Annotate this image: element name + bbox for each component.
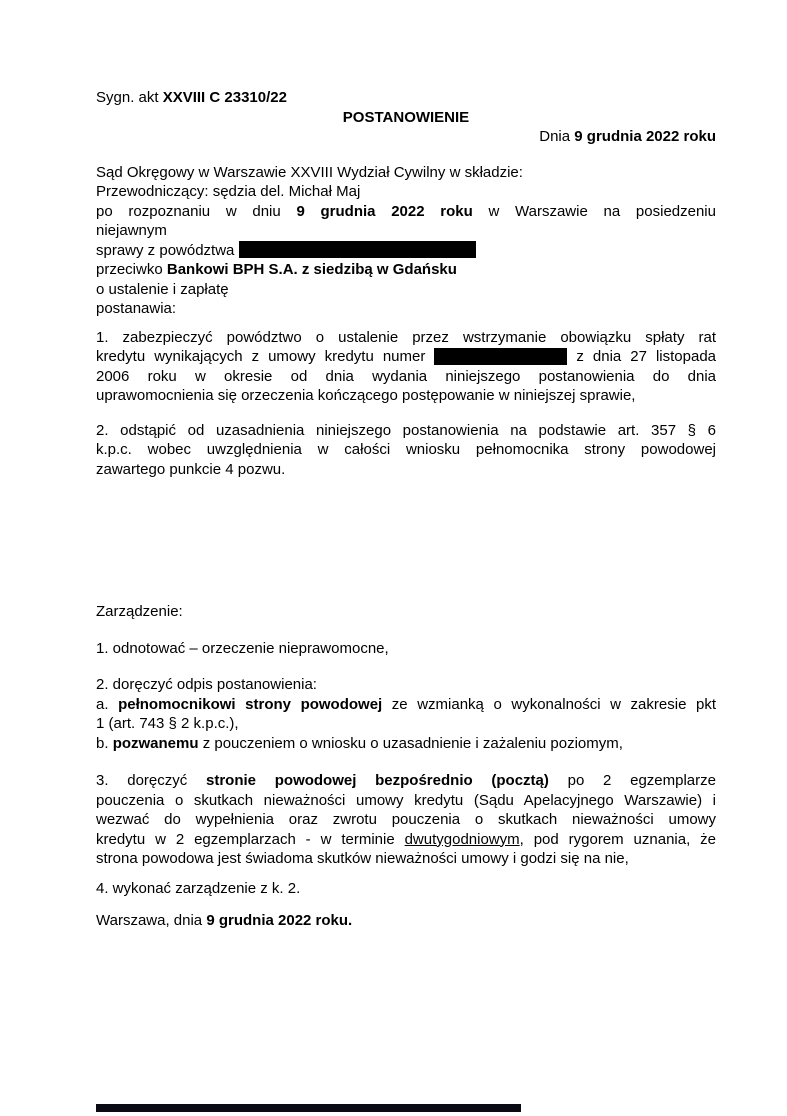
document-page: Sygn. akt XXVIII C 23310/22 POSTANOWIENI…	[0, 0, 787, 1116]
case-number-label: Sygn. akt	[96, 89, 163, 106]
hearing-wrap-line: niejawnym	[96, 221, 716, 241]
order-item-3-marker: 3. doręczyć	[96, 772, 206, 789]
order-item-3-text-4c: , pod rygorem uznania, że	[520, 831, 716, 848]
order-item-3-recipient: stronie powodowej bezpośrednio (pocztą)	[206, 772, 549, 789]
date-line: Dnia 9 grudnia 2022 roku	[96, 127, 716, 147]
document-title: POSTANOWIENIE	[96, 108, 716, 128]
place-date-line: Warszawa, dnia 9 grudnia 2022 roku.	[96, 911, 716, 931]
hearing-line: po rozpoznaniu w dniu 9 grudnia 2022 rok…	[96, 202, 716, 222]
plaintiff-line: sprawy z powództwa	[96, 241, 716, 261]
underlined-deadline: dwutygodniowym	[405, 831, 520, 848]
case-number-line: Sygn. akt XXVIII C 23310/22	[96, 88, 716, 108]
order-item-3-line-2: pouczenia o skutkach nieważności umowy k…	[96, 791, 716, 811]
place-date-label: Warszawa, dnia	[96, 912, 206, 929]
decision-intro-line: postanawia:	[96, 299, 716, 319]
date-label: Dnia	[539, 128, 574, 145]
date-value: 9 grudnia 2022 roku	[574, 128, 716, 145]
presiding-judge-line: Przewodniczący: sędzia del. Michał Maj	[96, 182, 716, 202]
place-date-value: 9 grudnia 2022 roku.	[206, 912, 352, 929]
order-item-3-text-4a: kredytu w 2 egzemplarzach - w terminie	[96, 831, 405, 848]
order-item-2b-text: z pouczeniem o wniosku o uzasadnienie i …	[199, 735, 623, 752]
contract-number-redaction-bar	[434, 348, 567, 365]
ruling-point-2-line-1: 2. odstąpić od uzasadnienia niniejszego …	[96, 421, 716, 441]
contract-date-text: z dnia 27 listopada	[567, 348, 716, 365]
ruling-point-2-line-2: k.p.c. wobec uwzględnienia w całości wni…	[96, 440, 716, 460]
order-item-2a-marker: a.	[96, 696, 118, 713]
order-item-3-line-5: strona powodowa jest świadoma skutków ni…	[96, 849, 716, 869]
ruling-point-1-line-2: kredytu wynikających z umowy kredytu num…	[96, 347, 716, 367]
defendant-name: Bankowi BPH S.A. z siedzibą w Gdańsku	[167, 261, 457, 278]
case-number-value: XXVIII C 23310/22	[163, 89, 287, 106]
document-body: Sygn. akt XXVIII C 23310/22 POSTANOWIENI…	[96, 88, 716, 931]
order-heading: Zarządzenie:	[96, 602, 716, 622]
order-item-3-line-3: wezwać do wypełnienia oraz zwrotu poucze…	[96, 810, 716, 830]
order-item-4: 4. wykonać zarządzenie z k. 2.	[96, 879, 716, 899]
defendant-label: przeciwko	[96, 261, 167, 278]
order-item-3-text-1: po 2 egzemplarze	[549, 772, 716, 789]
ruling-point-1-line-3: 2006 roku w okresie od dnia wydania nini…	[96, 367, 716, 387]
order-item-1: 1. odnotować – orzeczenie nieprawomocne,	[96, 639, 716, 659]
order-item-3-line-1: 3. doręczyć stronie powodowej bezpośredn…	[96, 771, 716, 791]
plaintiff-label: sprawy z powództwa	[96, 242, 239, 259]
ruling-point-1-line-4: uprawomocnienia się orzeczenia kończąceg…	[96, 386, 716, 406]
hearing-text-post: w Warszawie na posiedzeniu	[473, 203, 716, 220]
court-composition-line: Sąd Okręgowy w Warszawie XXVIII Wydział …	[96, 163, 716, 183]
order-item-2a-line-2: 1 (art. 743 § 2 k.p.c.),	[96, 714, 716, 734]
ruling-point-1-line-1: 1. zabezpieczyć powództwo o ustalenie pr…	[96, 328, 716, 348]
contract-number-label: kredytu wynikających z umowy kredytu num…	[96, 348, 434, 365]
plaintiff-redaction-bar	[239, 241, 476, 258]
order-item-2: 2. doręczyć odpis postanowienia:	[96, 675, 716, 695]
order-item-2a-line-1: a. pełnomocnikowi strony powodowej ze wz…	[96, 695, 716, 715]
bottom-redaction-bar	[96, 1104, 521, 1112]
ruling-point-2-line-3: zawartego punkcie 4 pozwu.	[96, 460, 716, 480]
hearing-text-pre: po rozpoznaniu w dniu	[96, 203, 296, 220]
order-item-2b: b. pozwanemu z pouczeniem o wniosku o uz…	[96, 734, 716, 754]
order-item-2b-recipient: pozwanemu	[113, 735, 199, 752]
order-item-2a-recipient: pełnomocnikowi strony powodowej	[118, 696, 382, 713]
hearing-date: 9 grudnia 2022 roku	[296, 203, 472, 220]
order-item-3-line-4: kredytu w 2 egzemplarzach - w terminie d…	[96, 830, 716, 850]
defendant-line: przeciwko Bankowi BPH S.A. z siedzibą w …	[96, 260, 716, 280]
case-subject-line: o ustalenie i zapłatę	[96, 280, 716, 300]
order-item-2b-marker: b.	[96, 735, 113, 752]
order-item-2a-text: ze wzmianką o wykonalności w zakresie pk…	[382, 696, 716, 713]
